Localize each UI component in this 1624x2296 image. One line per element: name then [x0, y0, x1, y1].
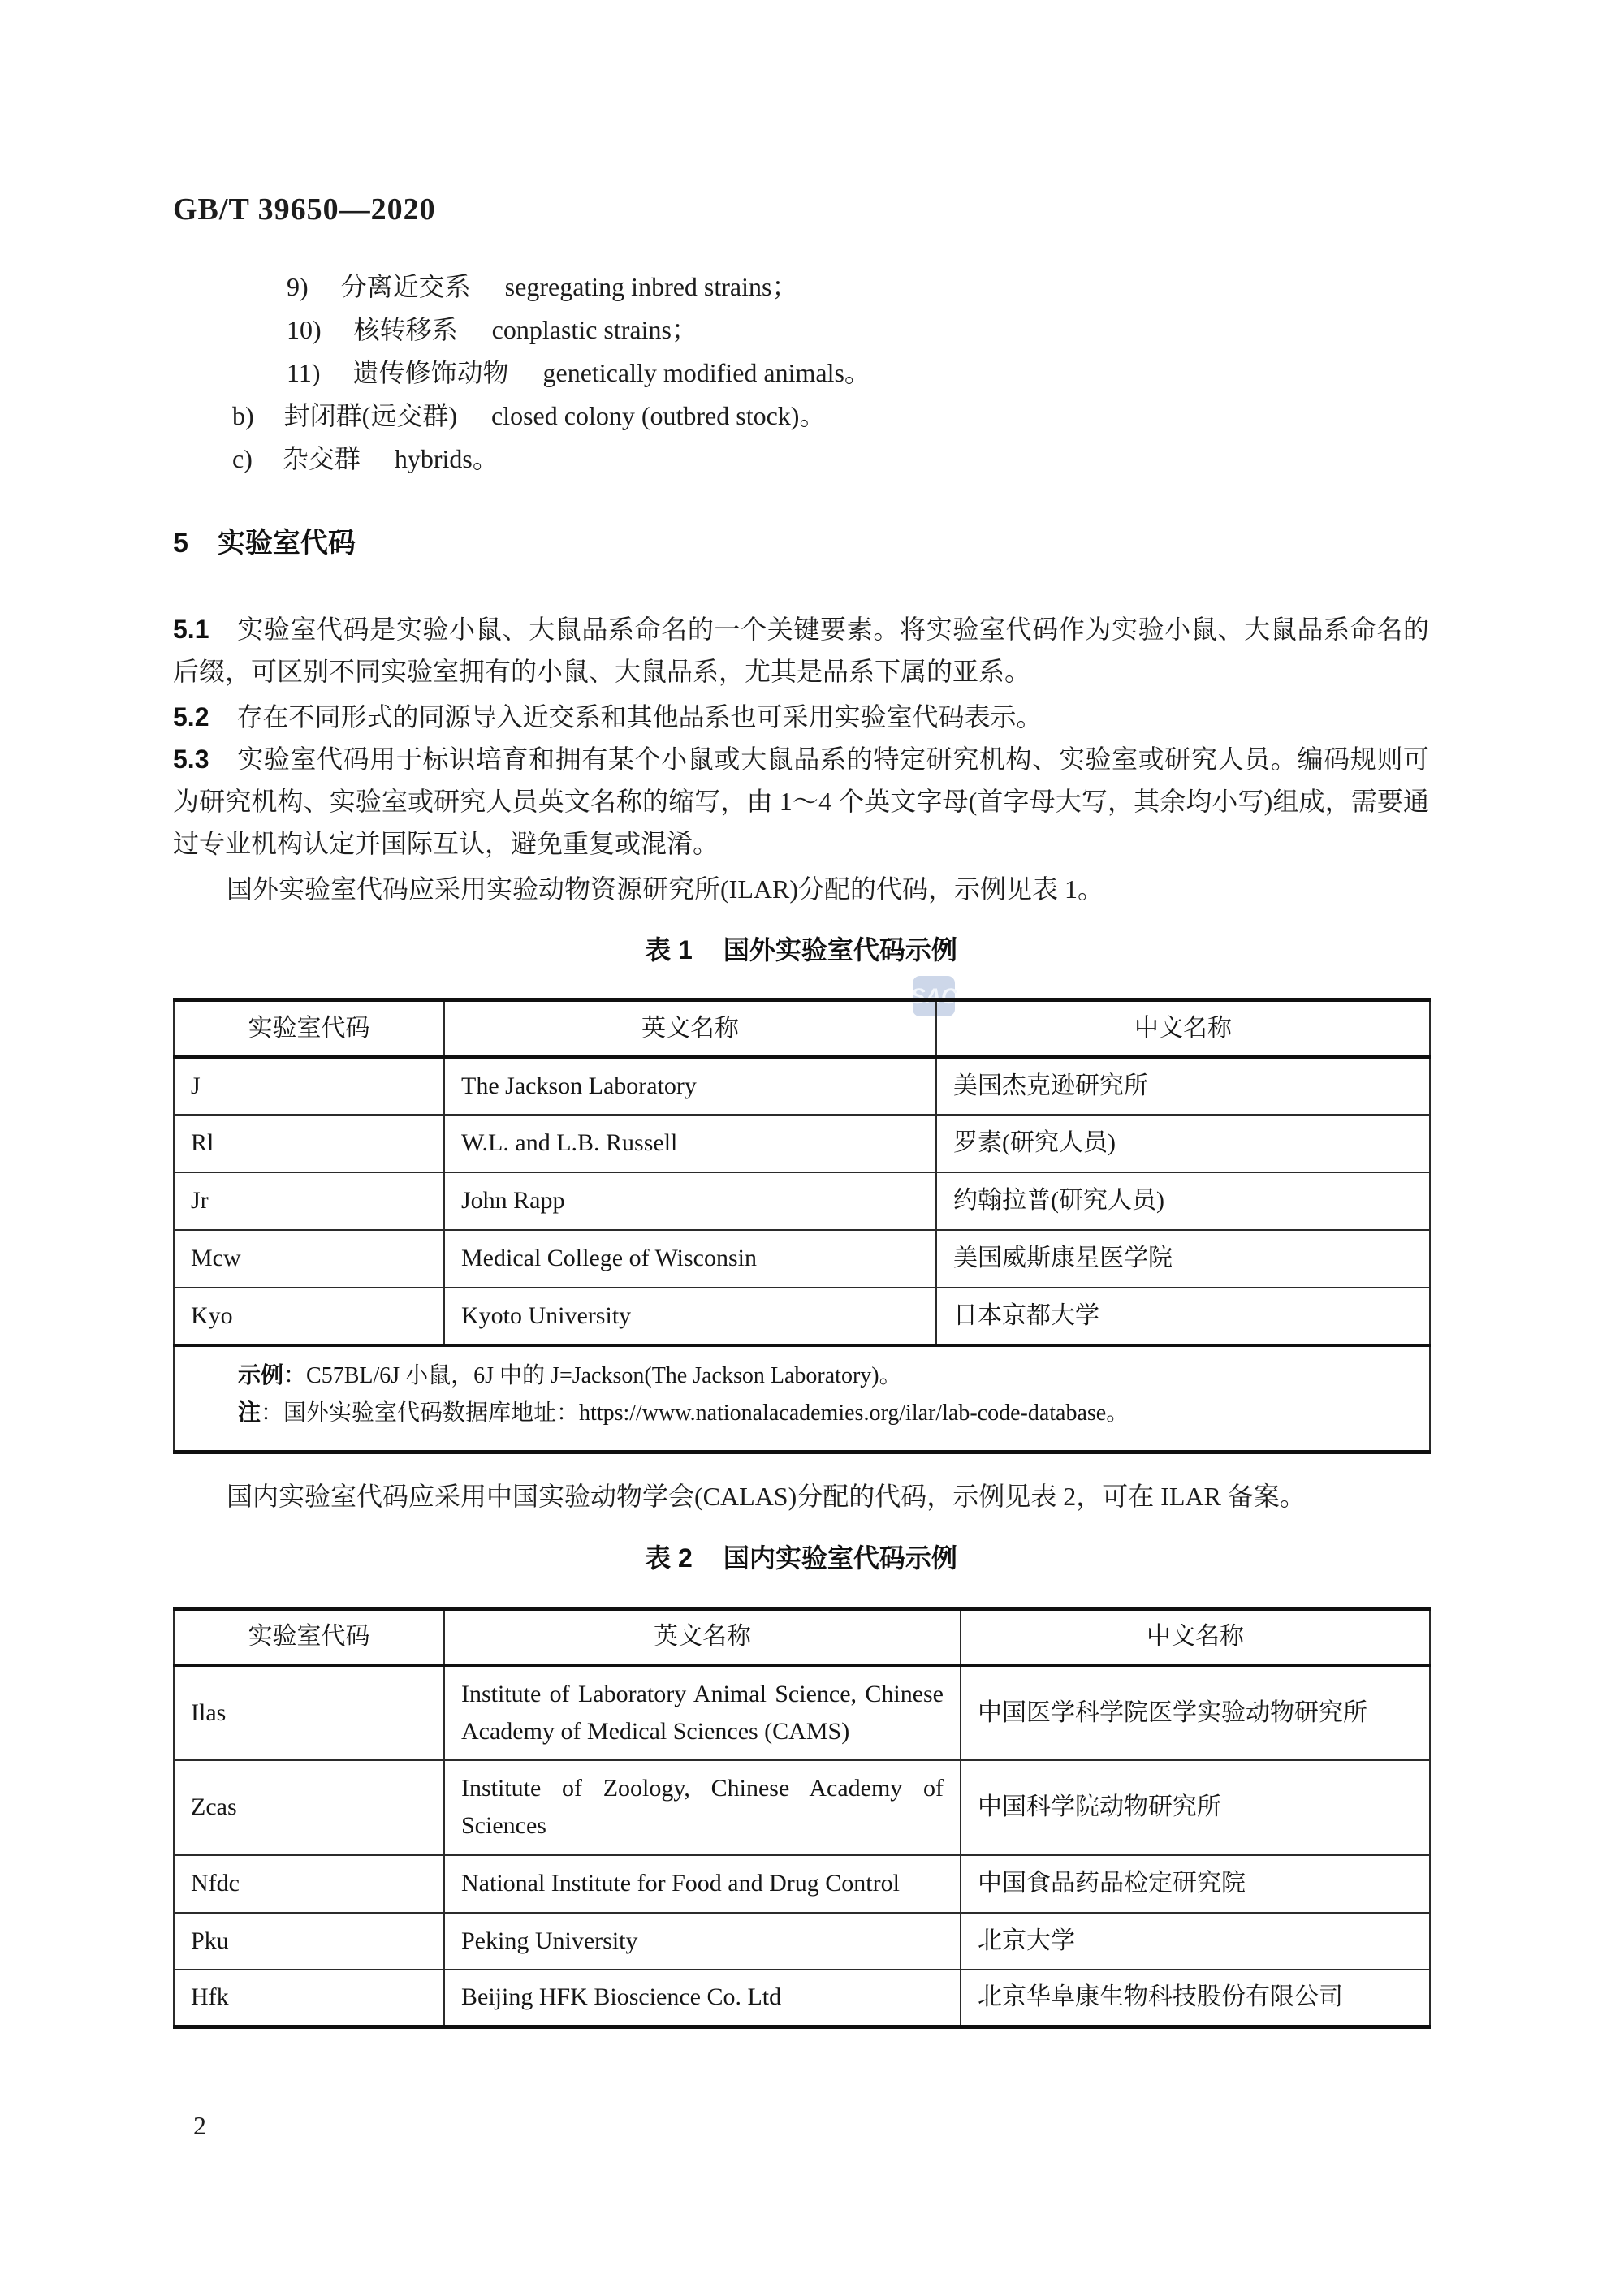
clause-label: 5.1 — [173, 615, 209, 644]
note-line: 注：国外实验室代码数据库地址：https://www.nationalacade… — [238, 1394, 1413, 1431]
cell-code: Hfk — [174, 1970, 444, 2027]
cell-en-name: Peking University — [444, 1913, 961, 1970]
list-term-en: conplastic strains； — [492, 315, 698, 344]
cell-code: Mcw — [174, 1230, 444, 1288]
section-heading: 5实验室代码 — [173, 526, 356, 560]
table-row: Hfk Beijing HFK Bioscience Co. Ltd 北京华阜康… — [174, 1970, 1430, 2027]
section-number: 5 — [173, 528, 188, 559]
cell-en-name: National Institute for Food and Drug Con… — [444, 1855, 961, 1913]
cell-en-name: Kyoto University — [444, 1288, 936, 1345]
table2-title: 表 2国内实验室代码示例 — [173, 1542, 1429, 1574]
table-domestic-lab-codes: 实验室代码 英文名称 中文名称 Ilas Institute of Labora… — [173, 1607, 1431, 2029]
list-marker: 10) — [287, 309, 322, 352]
table-row: Kyo Kyoto University 日本京都大学 — [174, 1288, 1430, 1345]
cell-en-name: Beijing HFK Bioscience Co. Ltd — [444, 1970, 961, 2027]
cell-en-name: Medical College of Wisconsin — [444, 1230, 936, 1288]
cell-code: J — [174, 1057, 444, 1115]
table-row: Ilas Institute of Laboratory Animal Scie… — [174, 1665, 1430, 1760]
list-item: 11)遗传修饰动物genetically modified animals。 — [173, 352, 870, 395]
list-marker: 9) — [287, 265, 309, 309]
list-item: 9)分离近交系segregating inbred strains； — [173, 265, 870, 309]
column-header: 实验室代码 — [174, 1000, 444, 1057]
cell-code: Ilas — [174, 1665, 444, 1760]
clause-text: 存在不同形式的同源导入近交系和其他品系也可采用实验室代码表示。 — [236, 702, 1042, 732]
cell-cn-name: 北京华阜康生物科技股份有限公司 — [961, 1970, 1430, 2027]
cell-en-name: John Rapp — [444, 1172, 936, 1230]
list-term-en: closed colony (outbred stock)。 — [491, 401, 825, 430]
table2-title-label: 表 2 — [645, 1543, 693, 1573]
cell-en-name: The Jackson Laboratory — [444, 1057, 936, 1115]
table-row: Nfdc National Institute for Food and Dru… — [174, 1855, 1430, 1913]
list-term-en: hybrids。 — [395, 444, 499, 473]
list-item: b)封闭群(远交群)closed colony (outbred stock)。 — [173, 395, 870, 438]
clause-label: 5.3 — [173, 744, 209, 774]
example-text: ：C57BL/6J 小鼠，6J 中的 J=Jackson(The Jackson… — [283, 1363, 902, 1388]
paragraph-foreign-codes: 国外实验室代码应采用实验动物资源研究所(ILAR)分配的代码，示例见表 1。 — [173, 868, 1429, 910]
note-text: ：国外实验室代码数据库地址：https://www.nationalacadem… — [261, 1400, 1129, 1426]
clause-text: 实验室代码用于标识培育和拥有某个小鼠或大鼠品系的特定研究机构、实验室或研究人员。… — [173, 744, 1429, 858]
table-header-row: 实验室代码 英文名称 中文名称 — [174, 1000, 1430, 1057]
column-header: 中文名称 — [936, 1000, 1430, 1057]
cell-cn-name: 中国食品药品检定研究院 — [961, 1855, 1430, 1913]
clause-5-2: 5.2存在不同形式的同源导入近交系和其他品系也可采用实验室代码表示。 — [173, 696, 1429, 738]
note-label: 注 — [238, 1400, 261, 1425]
list-term-cn: 封闭群(远交群) — [284, 401, 457, 430]
table-row: Jr John Rapp 约翰拉普(研究人员) — [174, 1172, 1430, 1230]
list-term-cn: 遗传修饰动物 — [352, 358, 508, 387]
column-header: 中文名称 — [961, 1609, 1430, 1665]
table-header-row: 实验室代码 英文名称 中文名称 — [174, 1609, 1430, 1665]
list-marker: b) — [232, 395, 254, 438]
column-header: 实验室代码 — [174, 1609, 444, 1665]
table-row: Pku Peking University 北京大学 — [174, 1913, 1430, 1970]
section-title: 实验室代码 — [218, 528, 356, 559]
table-row: Zcas Institute of Zoology, Chinese Acade… — [174, 1760, 1430, 1855]
table-row: Rl W.L. and L.B. Russell 罗素(研究人员) — [174, 1115, 1430, 1172]
column-header: 英文名称 — [444, 1609, 961, 1665]
table1-title-text: 国外实验室代码示例 — [723, 935, 957, 965]
list-term-cn: 核转移系 — [354, 315, 458, 344]
cell-code: Nfdc — [174, 1855, 444, 1913]
list-term-cn: 杂交群 — [283, 444, 361, 473]
clause-5-3: 5.3实验室代码用于标识培育和拥有某个小鼠或大鼠品系的特定研究机构、实验室或研究… — [173, 738, 1429, 865]
table-foreign-lab-codes: 实验室代码 英文名称 中文名称 J The Jackson Laboratory… — [173, 998, 1431, 1454]
cell-code: Kyo — [174, 1288, 444, 1345]
table1-title: 表 1国外实验室代码示例 — [173, 934, 1429, 966]
cell-cn-name: 日本京都大学 — [936, 1288, 1430, 1345]
cell-cn-name: 约翰拉普(研究人员) — [936, 1172, 1430, 1230]
doc-number: GB/T 39650—2020 — [173, 192, 436, 227]
list-term-en: genetically modified animals。 — [542, 358, 870, 387]
page-number: 2 — [193, 2111, 206, 2141]
cell-cn-name: 美国杰克逊研究所 — [936, 1057, 1430, 1115]
clause-5-1: 5.1实验室代码是实验小鼠、大鼠品系命名的一个关键要素。将实验室代码作为实验小鼠… — [173, 608, 1429, 693]
cell-code: Zcas — [174, 1760, 444, 1855]
cell-code: Rl — [174, 1115, 444, 1172]
cell-en-name: Institute of Zoology, Chinese Academy of… — [444, 1760, 961, 1855]
list-item: 10)核转移系conplastic strains； — [173, 309, 870, 352]
list-item: c)杂交群hybrids。 — [173, 438, 870, 481]
table-row: J The Jackson Laboratory 美国杰克逊研究所 — [174, 1057, 1430, 1115]
example-line: 示例：C57BL/6J 小鼠，6J 中的 J=Jackson(The Jacks… — [238, 1357, 1413, 1394]
paragraph-domestic-codes: 国内实验室代码应采用中国实验动物学会(CALAS)分配的代码，示例见表 2，可在… — [173, 1475, 1429, 1517]
clause-label: 5.2 — [173, 702, 209, 732]
list-term-cn: 分离近交系 — [341, 272, 471, 301]
list-marker: c) — [232, 438, 253, 481]
table2-title-text: 国内实验室代码示例 — [723, 1543, 957, 1573]
table-note-row: 示例：C57BL/6J 小鼠，6J 中的 J=Jackson(The Jacks… — [174, 1345, 1430, 1452]
cell-cn-name: 中国医学科学院医学实验动物研究所 — [961, 1665, 1430, 1760]
cell-en-name: Institute of Laboratory Animal Science, … — [444, 1665, 961, 1760]
list-term-en: segregating inbred strains； — [505, 272, 798, 301]
table-row: Mcw Medical College of Wisconsin 美国威斯康星医… — [174, 1230, 1430, 1288]
document-page: SAC GB/T 39650—2020 9)分离近交系segregating i… — [0, 0, 1624, 2296]
strain-type-list: 9)分离近交系segregating inbred strains； 10)核转… — [173, 265, 870, 481]
cell-cn-name: 美国威斯康星医学院 — [936, 1230, 1430, 1288]
clause-text: 实验室代码是实验小鼠、大鼠品系命名的一个关键要素。将实验室代码作为实验小鼠、大鼠… — [173, 615, 1429, 686]
table1-title-label: 表 1 — [645, 935, 693, 965]
cell-code: Pku — [174, 1913, 444, 1970]
cell-en-name: W.L. and L.B. Russell — [444, 1115, 936, 1172]
cell-code: Jr — [174, 1172, 444, 1230]
cell-cn-name: 罗素(研究人员) — [936, 1115, 1430, 1172]
cell-cn-name: 北京大学 — [961, 1913, 1430, 1970]
list-marker: 11) — [287, 352, 320, 395]
example-label: 示例 — [238, 1362, 283, 1388]
column-header: 英文名称 — [444, 1000, 936, 1057]
table-note-cell: 示例：C57BL/6J 小鼠，6J 中的 J=Jackson(The Jacks… — [174, 1345, 1430, 1452]
cell-cn-name: 中国科学院动物研究所 — [961, 1760, 1430, 1855]
